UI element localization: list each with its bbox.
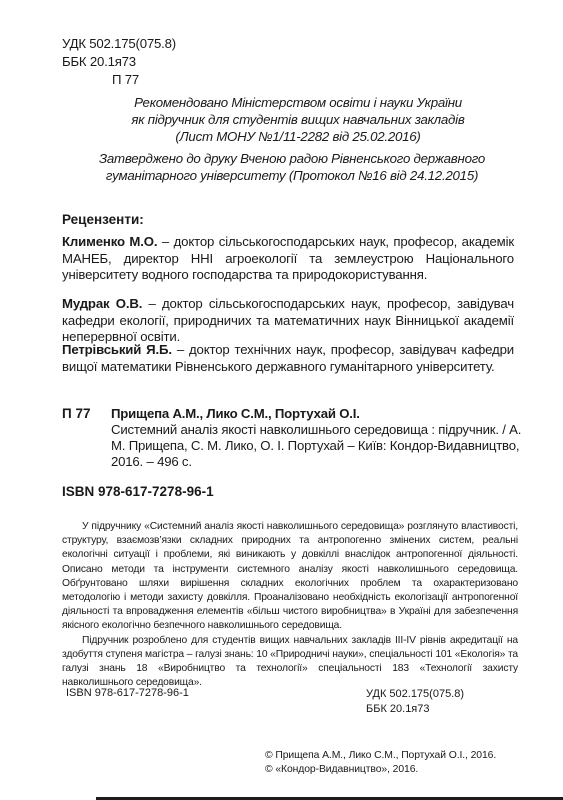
abstract-paragraph: У підручнику «Системний аналіз якості на… (62, 520, 518, 634)
reviewer-entry: Мудрак О.В. – доктор сільськогосподарськ… (62, 296, 514, 346)
udk-code: УДК 502.175(075.8) (62, 36, 176, 52)
catalog-description: Системний аналіз якості навколишнього се… (111, 422, 531, 470)
recommendation-line: як підручник для студентів вищих навчаль… (78, 111, 518, 128)
catalog-code: П 77 (62, 406, 90, 421)
bbk-code: ББК 20.1я73 (62, 54, 136, 70)
copyright-line: © «Кондор-Видавництво», 2016. (265, 763, 496, 777)
isbn-main: ISBN 978-617-7278-96-1 (62, 484, 214, 499)
approval-line: Затверджено до друку Вченою радою Рівнен… (62, 150, 522, 167)
approval-line: гуманітарного університету (Протокол №16… (62, 167, 522, 184)
ministry-recommendation: Рекомендовано Міністерством освіти і нау… (78, 94, 518, 145)
recommendation-line: Рекомендовано Міністерством освіти і нау… (78, 94, 518, 111)
udk-footer: УДК 502.175(075.8) (366, 687, 464, 702)
council-approval: Затверджено до друку Вченою радою Рівнен… (62, 150, 522, 184)
abstract-paragraph: Підручник розроблено для студентів вищих… (62, 634, 518, 691)
bbk-footer: ББК 20.1я73 (366, 702, 464, 717)
catalog-entry: Прищепа А.М., Лико С.М., Портухай О.І. С… (111, 406, 531, 470)
author-mark: П 77 (112, 72, 139, 88)
copyright-line: © Прищепа А.М., Лико С.М., Портухай О.І.… (265, 749, 496, 763)
reviewer-entry: Петрівський Я.Б. – доктор технічних наук… (62, 342, 514, 375)
reviewer-name: Петрівський Я.Б. (62, 342, 172, 357)
reviewer-entry: Клименко М.О. – доктор сільськогосподарс… (62, 234, 514, 284)
reviewer-name: Клименко М.О. (62, 234, 157, 249)
isbn-footer: ISBN 978-617-7278-96-1 (66, 687, 189, 699)
recommendation-line: (Лист МОНУ №1/11-2282 від 25.02.2016) (78, 128, 518, 145)
catalog-authors: Прищепа А.М., Лико С.М., Портухай О.І. (111, 406, 531, 422)
copyright-block: © Прищепа А.М., Лико С.М., Портухай О.І.… (265, 749, 496, 777)
reviewer-name: Мудрак О.В. (62, 296, 142, 311)
footer-classification: УДК 502.175(075.8) ББК 20.1я73 (366, 687, 464, 717)
abstract: У підручнику «Системний аналіз якості на… (62, 520, 518, 690)
reviewers-heading: Рецензенти: (62, 212, 144, 227)
